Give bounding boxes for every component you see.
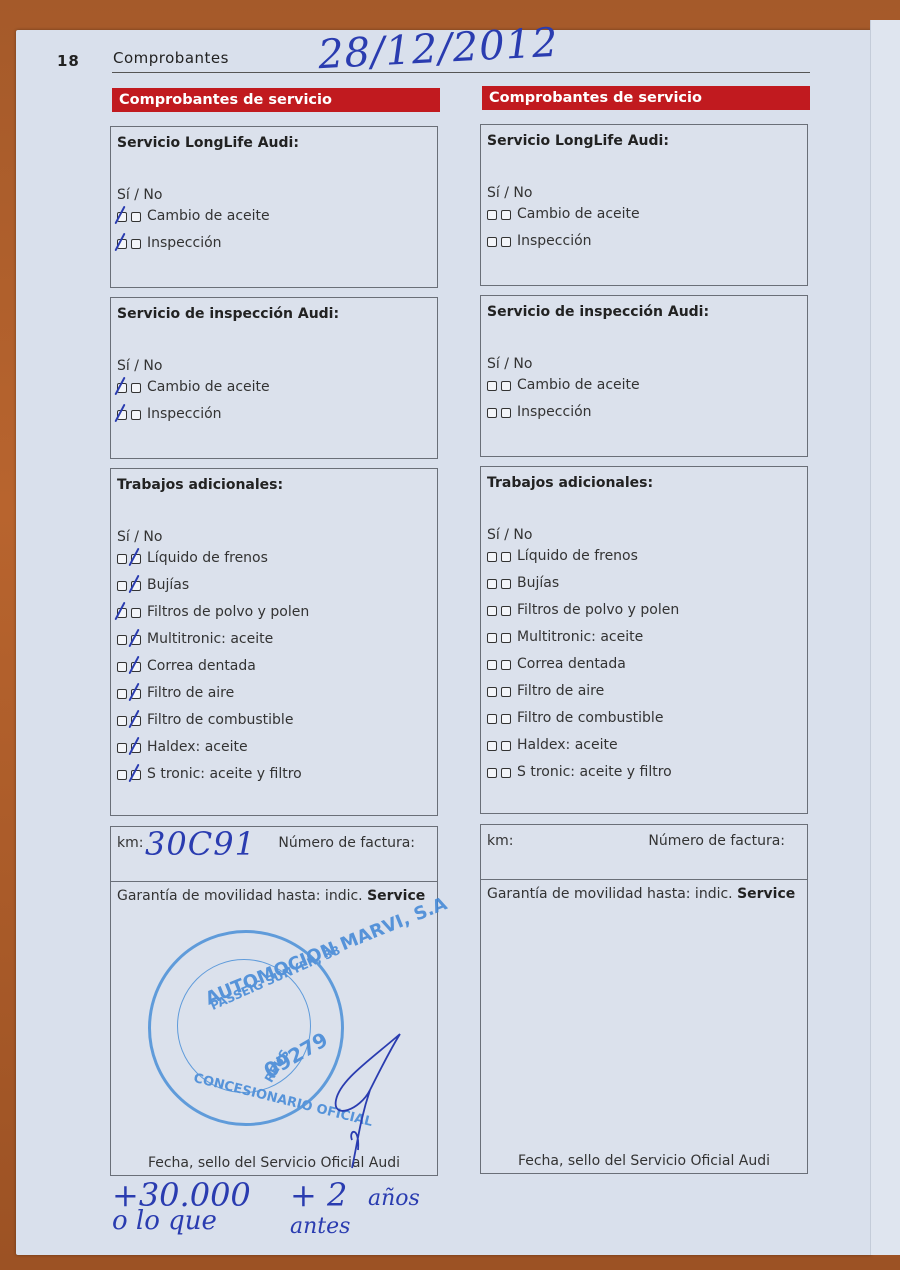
item-label: Bujías [517, 570, 559, 597]
checklist-item: Correa dentada [487, 651, 801, 678]
km-invoice-row: km: 30C91 Número de factura: [111, 827, 437, 882]
item-label: Filtros de polvo y polen [517, 597, 679, 624]
mobility-warranty: Garantía de movilidad hasta: indic. Serv… [481, 880, 807, 908]
yes-checkbox[interactable] [487, 741, 497, 751]
item-label: Cambio de aceite [147, 374, 270, 401]
item-label: Filtro de combustible [517, 705, 663, 732]
yes-no-header: Sí / No [487, 185, 801, 201]
no-checkbox[interactable] [501, 768, 511, 778]
item-label: Filtro de combustible [147, 707, 293, 734]
yes-checkbox[interactable] [117, 689, 127, 699]
checklist-item: Correa dentada [117, 653, 431, 680]
no-checkbox[interactable] [501, 741, 511, 751]
no-checkbox[interactable] [501, 714, 511, 724]
checklist-item: Inspección [487, 399, 801, 426]
item-label: Multitronic: aceite [147, 626, 273, 653]
yes-checkbox[interactable] [117, 581, 127, 591]
section-title: Comprobantes [113, 49, 229, 67]
box-title: Servicio de inspección Audi: [487, 304, 801, 320]
service-record-box: km: Número de factura: Garantía de movil… [480, 824, 808, 1174]
yes-no-header: Sí / No [117, 187, 431, 203]
service-record-column-2: Comprobantes de servicio Servicio LongLi… [480, 86, 810, 1174]
warranty-bold: Service [737, 886, 795, 902]
handwritten-note-years: + 2 [290, 1176, 347, 1214]
item-label: Bujías [147, 572, 189, 599]
no-checkbox[interactable] [501, 633, 511, 643]
handwritten-note-before: antes [290, 1214, 350, 1239]
no-checkbox[interactable] [131, 716, 141, 726]
checklist-item: S tronic: aceite y filtro [487, 759, 801, 786]
item-label: Haldex: aceite [517, 732, 618, 759]
checklist-item: Filtro de combustible [487, 705, 801, 732]
item-label: Multitronic: aceite [517, 624, 643, 651]
km-invoice-row: km: Número de factura: [481, 825, 807, 880]
yes-checkbox[interactable] [487, 660, 497, 670]
checklist-item: Cambio de aceite [117, 203, 431, 230]
no-checkbox[interactable] [501, 606, 511, 616]
no-checkbox[interactable] [131, 770, 141, 780]
next-page-edge [870, 20, 900, 1255]
no-checkbox[interactable] [131, 662, 141, 672]
yes-checkbox[interactable] [117, 383, 127, 393]
yes-checkbox[interactable] [117, 716, 127, 726]
warranty-label: Garantía de movilidad hasta: indic. [487, 886, 733, 902]
longlife-service-box: Servicio LongLife Audi: Sí / No Cambio d… [480, 124, 808, 286]
box-title: Trabajos adicionales: [487, 475, 801, 491]
checklist-item: Filtros de polvo y polen [487, 597, 801, 624]
title-divider [112, 72, 810, 73]
invoice-label: Número de factura: [278, 835, 415, 851]
item-label: Cambio de aceite [147, 203, 270, 230]
inspection-service-box: Servicio de inspección Audi: Sí / No Cam… [480, 295, 808, 457]
no-checkbox[interactable] [131, 608, 141, 618]
mobility-warranty: Garantía de movilidad hasta: indic. Serv… [111, 882, 437, 910]
no-checkbox[interactable] [131, 239, 141, 249]
yes-checkbox[interactable] [117, 212, 127, 222]
item-label: Inspección [147, 230, 222, 257]
additional-work-box: Trabajos adicionales: Sí / No Líquido de… [480, 466, 808, 814]
yes-checkbox[interactable] [487, 714, 497, 724]
box-title: Servicio LongLife Audi: [117, 135, 431, 151]
inspection-service-box: Servicio de inspección Audi: Sí / No Cam… [110, 297, 438, 459]
checklist-item: Líquido de frenos [487, 543, 801, 570]
no-checkbox[interactable] [501, 660, 511, 670]
item-label: Líquido de frenos [147, 545, 268, 572]
no-checkbox[interactable] [501, 381, 511, 391]
yes-checkbox[interactable] [117, 635, 127, 645]
yes-checkbox[interactable] [117, 554, 127, 564]
checklist-item: Filtro de aire [487, 678, 801, 705]
checklist-item: S tronic: aceite y filtro [117, 761, 431, 788]
item-label: Líquido de frenos [517, 543, 638, 570]
yes-checkbox[interactable] [487, 237, 497, 247]
checklist-item: Cambio de aceite [487, 372, 801, 399]
item-label: Correa dentada [147, 653, 256, 680]
yes-checkbox[interactable] [487, 606, 497, 616]
checklist-item: Filtro de combustible [117, 707, 431, 734]
box-title: Trabajos adicionales: [117, 477, 431, 493]
item-label: Filtro de aire [517, 678, 604, 705]
item-label: Correa dentada [517, 651, 626, 678]
yes-checkbox[interactable] [487, 552, 497, 562]
checklist-item: Inspección [487, 228, 801, 255]
handwritten-note-years-word: años [368, 1186, 420, 1211]
yes-no-header: Sí / No [487, 527, 801, 543]
yes-checkbox[interactable] [487, 408, 497, 418]
yes-no-header: Sí / No [117, 358, 431, 374]
item-label: Cambio de aceite [517, 201, 640, 228]
no-checkbox[interactable] [501, 408, 511, 418]
no-checkbox[interactable] [131, 554, 141, 564]
dealer-stamp: AUTOMOCION MARVI, S.A PASSEIG SUNYER, 38… [148, 930, 344, 1126]
checklist-item: Multitronic: aceite [487, 624, 801, 651]
yes-checkbox[interactable] [487, 210, 497, 220]
no-checkbox[interactable] [131, 743, 141, 753]
no-checkbox[interactable] [131, 410, 141, 420]
page-number: 18 [57, 52, 80, 70]
item-label: Cambio de aceite [517, 372, 640, 399]
yes-checkbox[interactable] [487, 579, 497, 589]
yes-checkbox[interactable] [117, 239, 127, 249]
no-checkbox[interactable] [501, 579, 511, 589]
signature [330, 1030, 410, 1170]
item-label: Inspección [147, 401, 222, 428]
checklist-item: Inspección [117, 230, 431, 257]
warranty-bold: Service [367, 888, 425, 904]
yes-checkbox[interactable] [487, 381, 497, 391]
no-checkbox[interactable] [501, 552, 511, 562]
yes-checkbox[interactable] [487, 633, 497, 643]
yes-checkbox[interactable] [487, 687, 497, 697]
yes-checkbox[interactable] [117, 743, 127, 753]
yes-no-header: Sí / No [487, 356, 801, 372]
km-label: km: [117, 835, 143, 851]
yes-no-header: Sí / No [117, 529, 431, 545]
yes-checkbox[interactable] [117, 662, 127, 672]
checklist-item: Inspección [117, 401, 431, 428]
handwritten-note-or: o lo que [112, 1206, 217, 1236]
km-label: km: [487, 833, 513, 849]
box-title: Servicio de inspección Audi: [117, 306, 431, 322]
km-value[interactable]: 30C91 [145, 825, 256, 863]
item-label: Filtro de aire [147, 680, 234, 707]
section-banner: Comprobantes de servicio [112, 88, 440, 112]
longlife-service-box: Servicio LongLife Audi: Sí / No Cambio d… [110, 126, 438, 288]
no-checkbox[interactable] [131, 383, 141, 393]
checklist-item: Cambio de aceite [117, 374, 431, 401]
item-label: S tronic: aceite y filtro [147, 761, 302, 788]
additional-work-box: Trabajos adicionales: Sí / No Líquido de… [110, 468, 438, 816]
no-checkbox[interactable] [501, 210, 511, 220]
checklist-item: Filtros de polvo y polen [117, 599, 431, 626]
checklist-item: Cambio de aceite [487, 201, 801, 228]
item-label: Filtros de polvo y polen [147, 599, 309, 626]
no-checkbox[interactable] [131, 581, 141, 591]
checklist-item: Haldex: aceite [487, 732, 801, 759]
item-label: Inspección [517, 399, 592, 426]
no-checkbox[interactable] [131, 635, 141, 645]
yes-checkbox[interactable] [117, 770, 127, 780]
checklist-item: Filtro de aire [117, 680, 431, 707]
box-title: Servicio LongLife Audi: [487, 133, 801, 149]
no-checkbox[interactable] [501, 237, 511, 247]
yes-checkbox[interactable] [117, 608, 127, 618]
stamp-area-label: Fecha, sello del Servicio Oficial Audi [481, 1153, 807, 1169]
checklist-item: Bujías [117, 572, 431, 599]
checklist-item: Líquido de frenos [117, 545, 431, 572]
item-label: Haldex: aceite [147, 734, 248, 761]
no-checkbox[interactable] [131, 689, 141, 699]
no-checkbox[interactable] [131, 212, 141, 222]
invoice-label: Número de factura: [648, 833, 785, 849]
checklist-item: Haldex: aceite [117, 734, 431, 761]
checklist-item: Bujías [487, 570, 801, 597]
section-banner: Comprobantes de servicio [482, 86, 810, 110]
item-label: S tronic: aceite y filtro [517, 759, 672, 786]
yes-checkbox[interactable] [487, 768, 497, 778]
checklist-item: Multitronic: aceite [117, 626, 431, 653]
no-checkbox[interactable] [501, 687, 511, 697]
warranty-label: Garantía de movilidad hasta: indic. [117, 888, 363, 904]
yes-checkbox[interactable] [117, 410, 127, 420]
item-label: Inspección [517, 228, 592, 255]
